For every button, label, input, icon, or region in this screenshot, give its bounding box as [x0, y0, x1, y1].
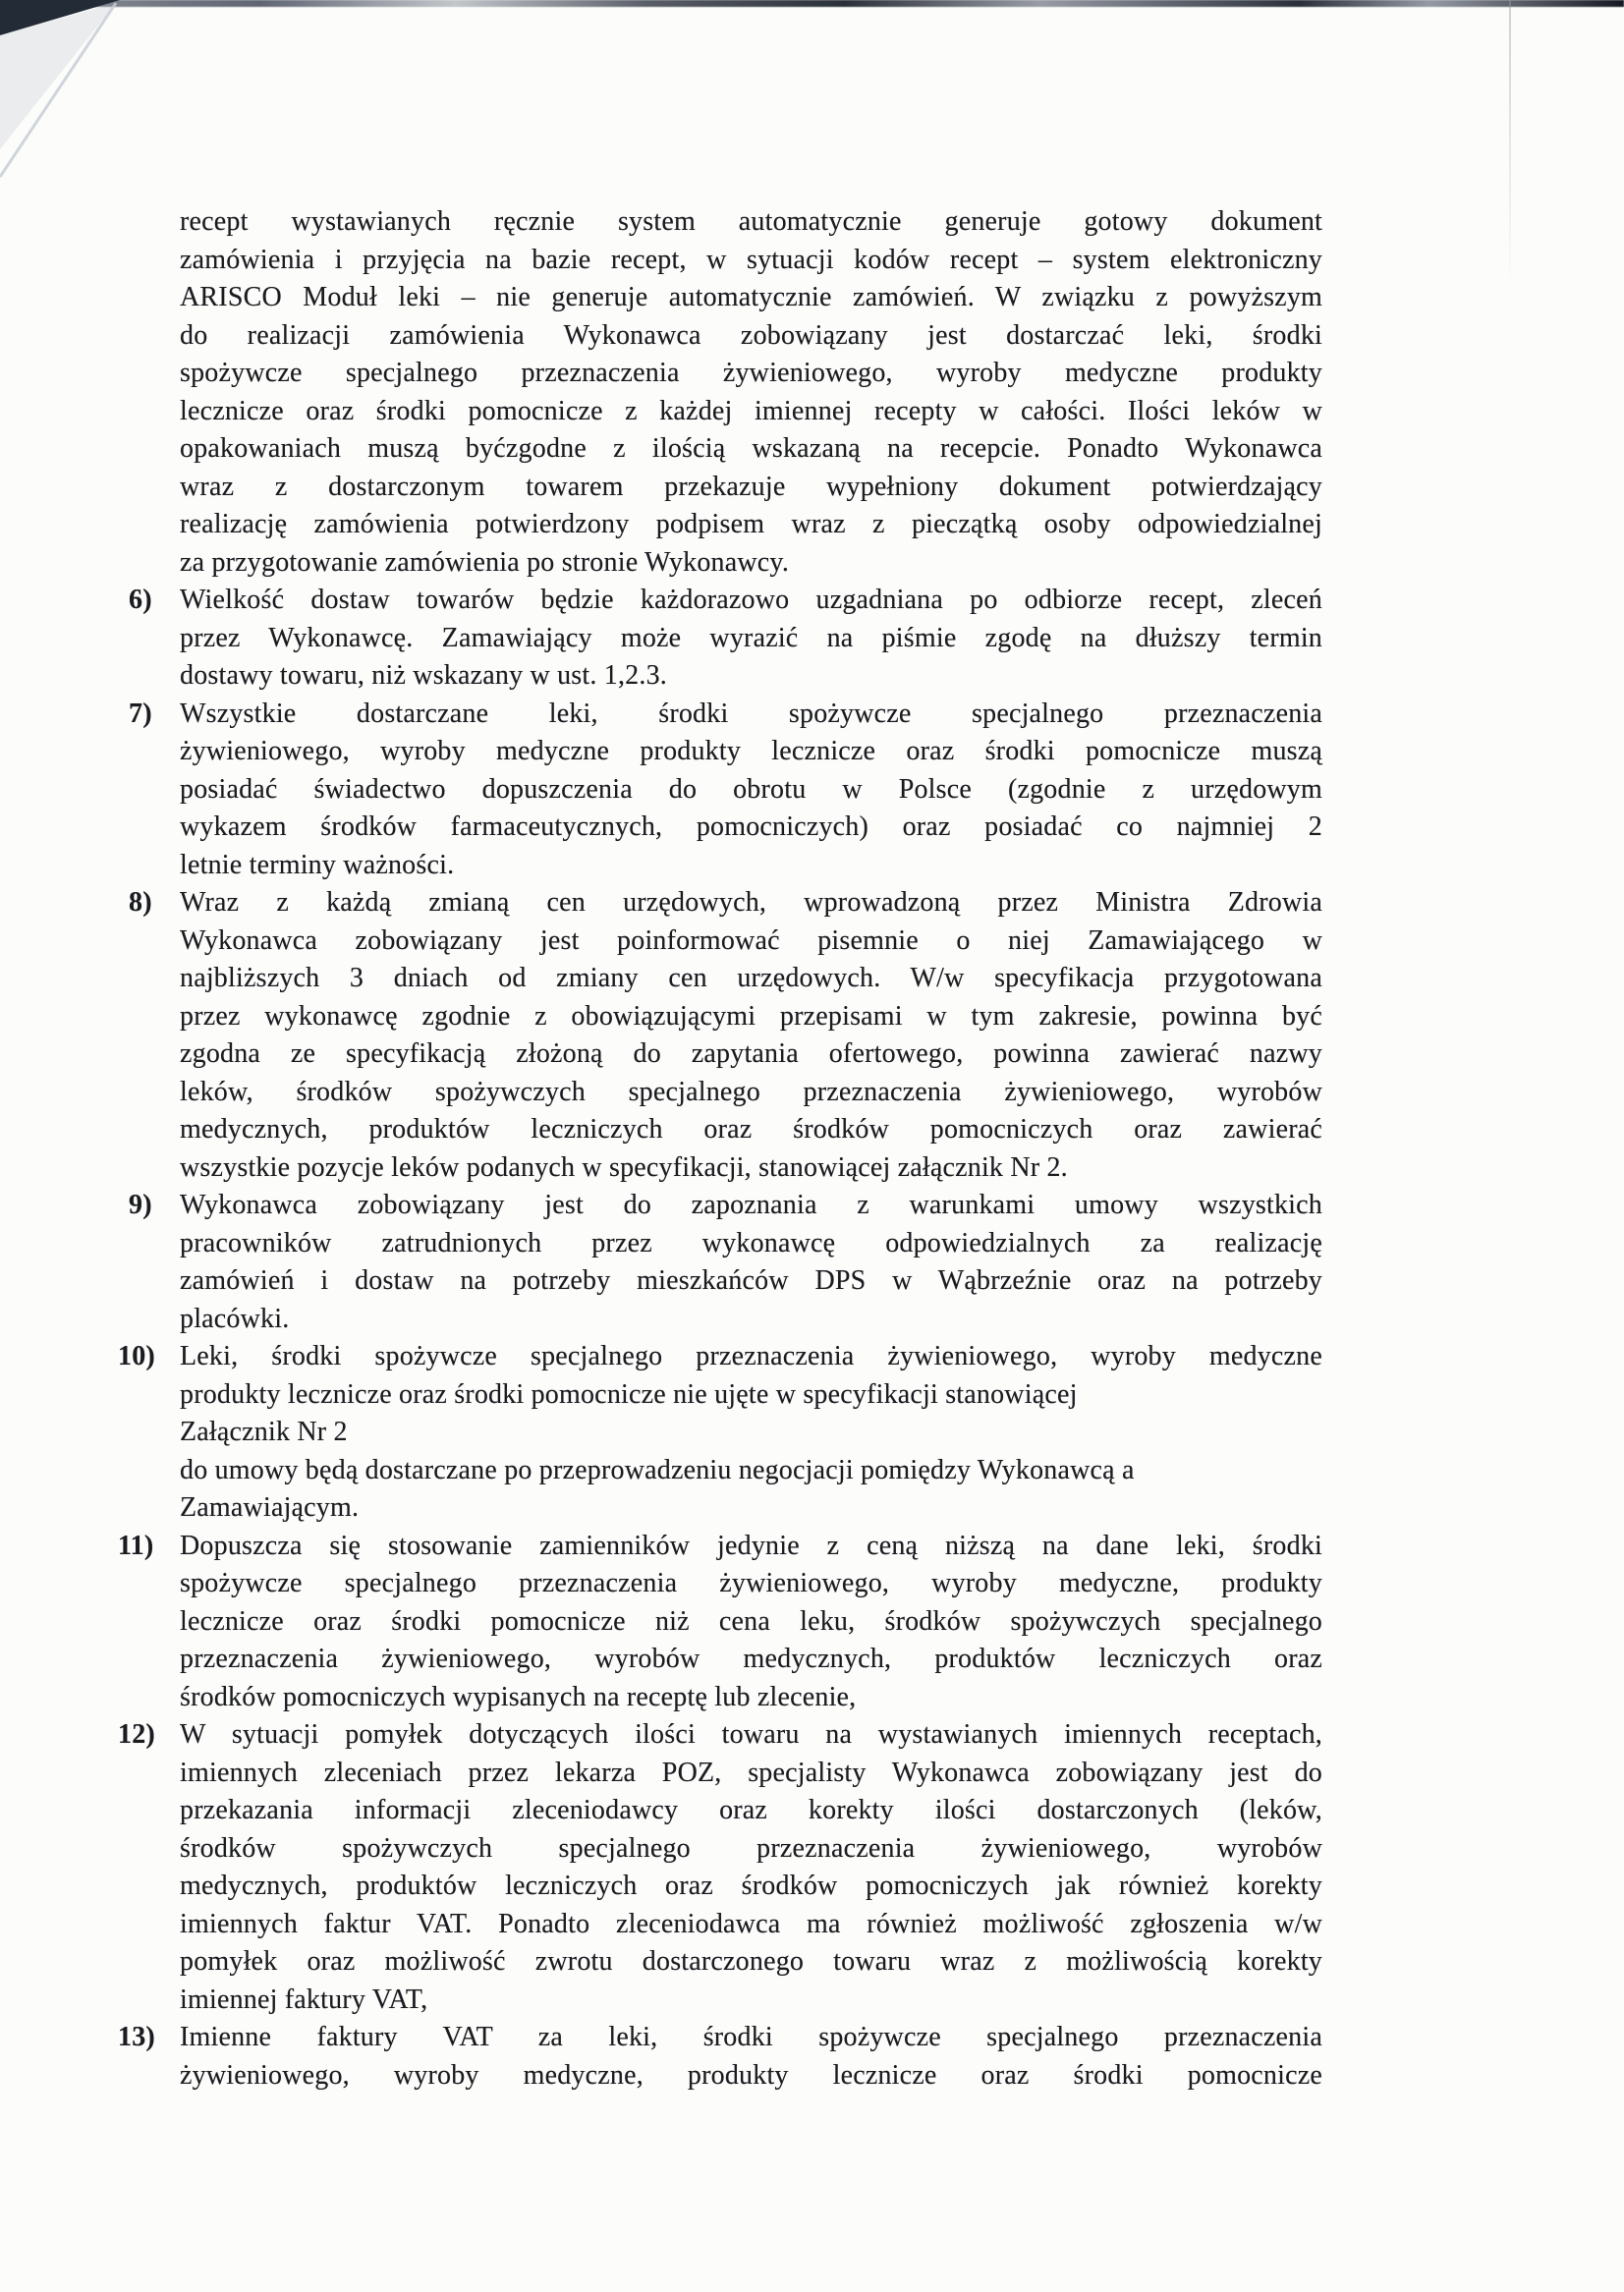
- item-number: 11): [118, 1528, 153, 1566]
- text-line: Wraz z każdą zmianą cen urzędowych, wpro…: [180, 884, 1322, 922]
- page-corner-fold-artifact: [0, 0, 206, 196]
- text-line: środków spożywczych specjalnego przeznac…: [180, 1830, 1322, 1869]
- text-line: imiennej faktury VAT,: [180, 1982, 1322, 2020]
- text-line: letnie terminy ważności.: [180, 847, 1322, 885]
- text-line: wraz z dostarczonym towarem przekazuje w…: [180, 469, 1322, 507]
- text-line: za przygotowanie zamówienia po stronie W…: [180, 544, 1322, 583]
- text-line: pracowników zatrudnionych przez wykonawc…: [180, 1225, 1322, 1263]
- text-line: przez wykonawcę zgodnie z obowiązującymi…: [180, 998, 1322, 1036]
- text-line: lecznicze oraz środki pomocnicze z każde…: [180, 393, 1322, 431]
- text-line: najbliższych 3 dniach od zmiany cen urzę…: [180, 960, 1322, 998]
- text-line: przeznaczenia żywieniowego, wyrobów medy…: [180, 1641, 1322, 1679]
- text-line: W sytuacji pomyłek dotyczących ilości to…: [180, 1716, 1322, 1755]
- list-item-9: 9)Wykonawca zobowiązany jest do zapoznan…: [180, 1187, 1322, 1338]
- list-item-11: 11)Dopuszcza się stosowanie zamienników …: [180, 1528, 1322, 1717]
- item-number: 10): [118, 1338, 155, 1376]
- text-line: ARISCO Moduł leki – nie generuje automat…: [180, 279, 1322, 317]
- scan-line-artifact: [1509, 0, 1511, 285]
- text-line: imiennych zleceniach przez lekarza POZ, …: [180, 1755, 1322, 1793]
- text-line: zamówienia i przyjęcia na bazie recept, …: [180, 242, 1322, 280]
- item-number: 8): [129, 884, 152, 922]
- text-line: posiadać świadectwo dopuszczenia do obro…: [180, 771, 1322, 810]
- text-line: spożywcze specjalnego przeznaczenia żywi…: [180, 1565, 1322, 1603]
- item-number: 13): [118, 2019, 155, 2057]
- text-line: medycznych, produktów leczniczych oraz ś…: [180, 1111, 1322, 1149]
- text-line: Imienne faktury VAT za leki, środki spoż…: [180, 2019, 1322, 2057]
- text-line: spożywcze specjalnego przeznaczenia żywi…: [180, 355, 1322, 393]
- document-body: recept wystawianych ręcznie system autom…: [180, 203, 1322, 2095]
- text-line: Wszystkie dostarczane leki, środki spoży…: [180, 696, 1322, 734]
- text-line: pomyłek oraz możliwość zwrotu dostarczon…: [180, 1943, 1322, 1982]
- text-line: wykazem środków farmaceutycznych, pomocn…: [180, 809, 1322, 847]
- text-line: produkty lecznicze oraz środki pomocnicz…: [180, 1376, 1322, 1415]
- text-line: przekazania informacji zleceniodawcy ora…: [180, 1792, 1322, 1830]
- list-item-13: 13)Imienne faktury VAT za leki, środki s…: [180, 2019, 1322, 2095]
- text-line: żywieniowego, wyroby medyczne produkty l…: [180, 733, 1322, 771]
- text-line: zamówień i dostaw na potrzeby mieszkańcó…: [180, 1262, 1322, 1301]
- item-number: 7): [129, 696, 152, 734]
- text-line: medycznych, produktów leczniczych oraz ś…: [180, 1868, 1322, 1906]
- item-number: 9): [129, 1187, 152, 1225]
- text-line: imiennych faktur VAT. Ponadto zlecenioda…: [180, 1906, 1322, 1944]
- text-line: zgodna ze specyfikacją złożoną do zapyta…: [180, 1035, 1322, 1074]
- paragraph-continuation: recept wystawianych ręcznie system autom…: [180, 203, 1322, 582]
- list-item-7: 7)Wszystkie dostarczane leki, środki spo…: [180, 696, 1322, 885]
- text-line: Załącznik Nr 2: [180, 1414, 1322, 1452]
- text-line: Zamawiającym.: [180, 1489, 1322, 1528]
- scan-edge-artifact: [0, 0, 1624, 7]
- text-line: recept wystawianych ręcznie system autom…: [180, 203, 1322, 242]
- text-line: leków, środków spożywczych specjalnego p…: [180, 1074, 1322, 1112]
- text-line: Wielkość dostaw towarów będzie każdorazo…: [180, 582, 1322, 620]
- text-line: przez Wykonawcę. Zamawiający może wyrazi…: [180, 620, 1322, 658]
- list-item-10: 10)Leki, środki spożywcze specjalnego pr…: [180, 1338, 1322, 1528]
- list-item-6: 6)Wielkość dostaw towarów będzie każdora…: [180, 582, 1322, 696]
- text-line: środków pomocniczych wypisanych na recep…: [180, 1679, 1322, 1717]
- text-line: opakowaniach muszą byćzgodne z ilością w…: [180, 430, 1322, 469]
- text-line: lecznicze oraz środki pomocnicze niż cen…: [180, 1603, 1322, 1642]
- list-item-12: 12)W sytuacji pomyłek dotyczących ilości…: [180, 1716, 1322, 2019]
- list-item-8: 8)Wraz z każdą zmianą cen urzędowych, wp…: [180, 884, 1322, 1187]
- text-line: do realizacji zamówienia Wykonawca zobow…: [180, 317, 1322, 356]
- text-line: realizację zamówienia potwierdzony podpi…: [180, 506, 1322, 544]
- text-line: placówki.: [180, 1301, 1322, 1339]
- text-line: Leki, środki spożywcze specjalnego przez…: [180, 1338, 1322, 1376]
- text-line: Wykonawca zobowiązany jest do zapoznania…: [180, 1187, 1322, 1225]
- scanned-page: recept wystawianych ręcznie system autom…: [0, 0, 1624, 2292]
- text-line: dostawy towaru, niż wskazany w ust. 1,2.…: [180, 657, 1322, 696]
- text-line: do umowy będą dostarczane po przeprowadz…: [180, 1452, 1322, 1490]
- item-number: 6): [129, 582, 152, 620]
- text-line: żywieniowego, wyroby medyczne, produkty …: [180, 2057, 1322, 2096]
- text-line: wszystkie pozycje leków podanych w specy…: [180, 1149, 1322, 1188]
- text-line: Dopuszcza się stosowanie zamienników jed…: [180, 1528, 1322, 1566]
- item-number: 12): [118, 1716, 155, 1755]
- text-line: Wykonawca zobowiązany jest poinformować …: [180, 922, 1322, 961]
